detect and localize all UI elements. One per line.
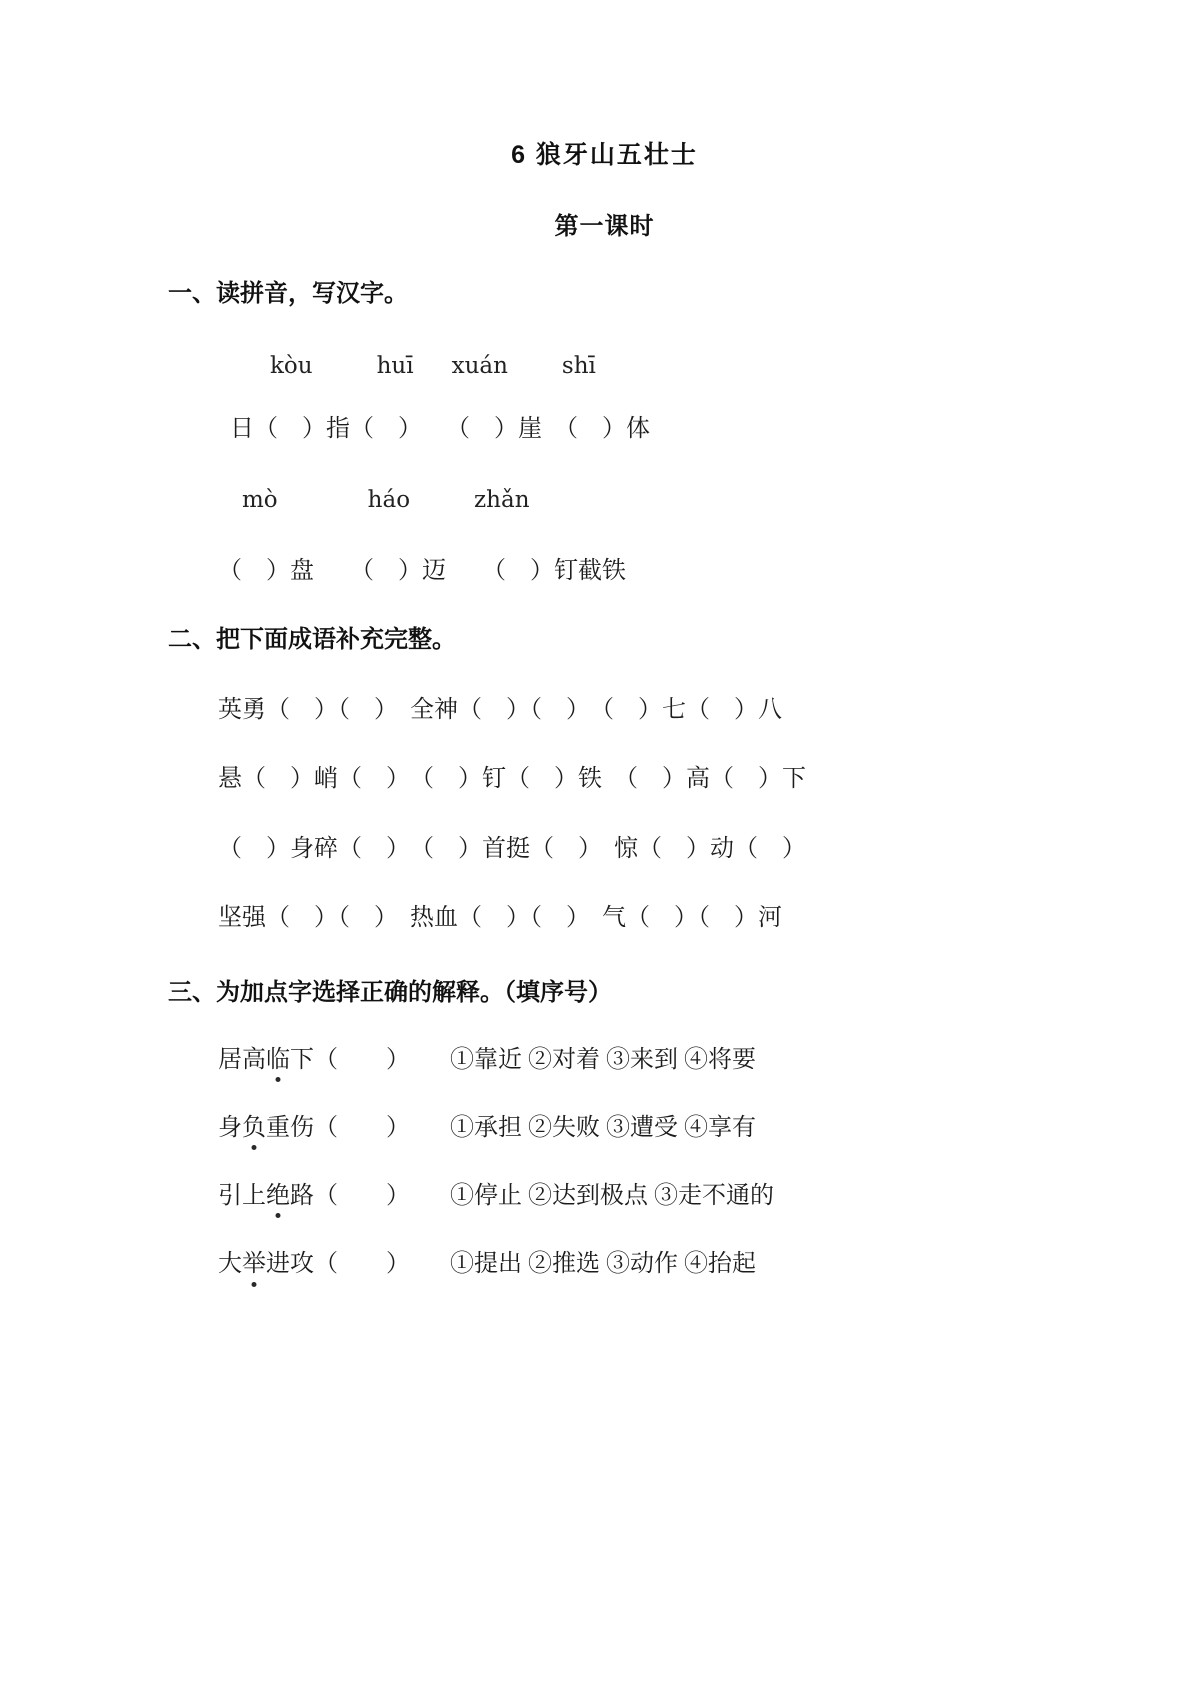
options-text: ①提出 ②推选 ③动作 ④抬起 — [450, 1249, 756, 1280]
pinyin-syllable-zhan: zhǎn — [474, 489, 529, 512]
dotted-char: 负 — [242, 1113, 266, 1144]
hanzi-blank-row-1: 日（ ）指（ ） （ ）崖 （ ）体 — [230, 416, 1041, 444]
explanation-item: 居高临下（ ） ①靠近 ②对着 ③来到 ④将要 — [218, 1045, 1041, 1076]
idiom-row: 坚强（ ）（ ） 热血（ ）（ ） 气（ ）（ ）河 — [218, 905, 1041, 933]
pinyin-row-1: kòuhuīxuánshī — [270, 355, 1041, 378]
section1-heading: 一、读拼音，写汉字。 — [168, 280, 1041, 309]
explanation-item: 大举进攻（ ） ①提出 ②推选 ③动作 ④抬起 — [218, 1249, 1041, 1280]
dotted-char: 绝 — [266, 1181, 290, 1212]
phrase-with-blank: 引上绝路（ ） — [218, 1181, 410, 1212]
options-text: ①承担 ②失败 ③遭受 ④享有 — [450, 1113, 756, 1144]
section3-heading: 三、为加点字选择正确的解释。（填序号） — [168, 979, 1041, 1008]
pinyin-syllable-xuan: xuán — [452, 355, 508, 378]
pinyin-syllable-shi: shī — [562, 355, 596, 378]
dotted-char: 临 — [266, 1045, 290, 1076]
phrase-after: 进攻（ ） — [266, 1251, 410, 1277]
phrase-with-blank: 身负重伤（ ） — [218, 1113, 410, 1144]
pinyin-syllable-mo: mò — [242, 489, 278, 512]
idiom-row: 英勇（ ）（ ） 全神（ ）（ ） （ ）七（ ）八 — [218, 697, 1041, 725]
phrase-after: 重伤（ ） — [266, 1115, 410, 1141]
phrase-after: 路（ ） — [290, 1183, 410, 1209]
phrase-before: 引上 — [218, 1183, 266, 1209]
lesson-title: 6 狼牙山五壮士 — [168, 142, 1041, 170]
options-text: ①停止 ②达到极点 ③走不通的 — [450, 1181, 774, 1212]
phrase-after: 下（ ） — [290, 1047, 410, 1073]
pinyin-syllable-kou: kòu — [270, 355, 313, 378]
phrase-before: 身 — [218, 1115, 242, 1141]
idiom-row: 悬（ ）峭（ ） （ ）钉（ ）铁 （ ）高（ ）下 — [218, 766, 1041, 794]
pinyin-row-2: mòháozhǎn — [242, 489, 1041, 512]
explanation-item: 身负重伤（ ） ①承担 ②失败 ③遭受 ④享有 — [218, 1113, 1041, 1144]
section-choose-meaning: 三、为加点字选择正确的解释。（填序号） 居高临下（ ） ①靠近 ②对着 ③来到 … — [168, 979, 1041, 1281]
section-read-pinyin-write-hanzi: 一、读拼音，写汉字。 kòuhuīxuánshī 日（ ）指（ ） （ ）崖 （… — [168, 280, 1041, 586]
dotted-char: 举 — [242, 1249, 266, 1280]
section2-heading: 二、把下面成语补充完整。 — [168, 626, 1041, 655]
options-text: ①靠近 ②对着 ③来到 ④将要 — [450, 1045, 756, 1076]
worksheet-page: 6 狼牙山五壮士 第一课时 一、读拼音，写汉字。 kòuhuīxuánshī 日… — [0, 0, 1191, 1684]
pinyin-syllable-hao: háo — [368, 489, 410, 512]
phrase-with-blank: 居高临下（ ） — [218, 1045, 410, 1076]
idiom-row: （ ）身碎（ ） （ ）首挺（ ） 惊（ ）动（ ） — [218, 836, 1041, 864]
section-complete-idioms: 二、把下面成语补充完整。 英勇（ ）（ ） 全神（ ）（ ） （ ）七（ ）八 … — [168, 626, 1041, 933]
pinyin-syllable-hui: huī — [377, 355, 414, 378]
phrase-before: 居高 — [218, 1047, 266, 1073]
worksheet-content: 6 狼牙山五壮士 第一课时 一、读拼音，写汉字。 kòuhuīxuánshī 日… — [0, 0, 1191, 1281]
lesson-subtitle: 第一课时 — [168, 214, 1041, 240]
phrase-before: 大 — [218, 1251, 242, 1277]
hanzi-blank-row-2: （ ）盘 （ ）迈 （ ）钉截铁 — [218, 558, 1041, 586]
phrase-with-blank: 大举进攻（ ） — [218, 1249, 410, 1280]
explanation-item: 引上绝路（ ） ①停止 ②达到极点 ③走不通的 — [218, 1181, 1041, 1212]
